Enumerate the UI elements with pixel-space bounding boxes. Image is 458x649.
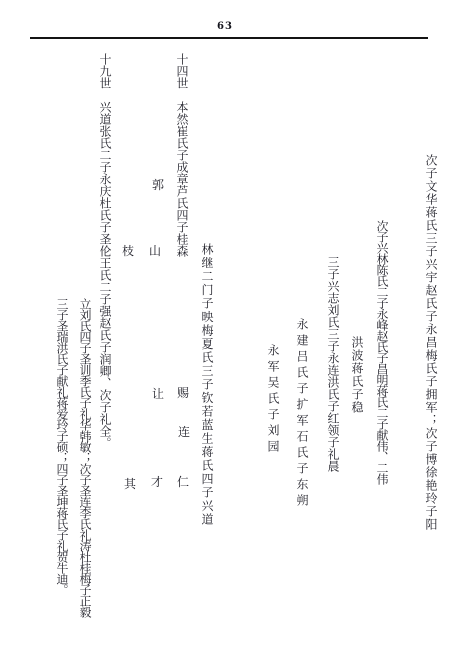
genealogy-char-shan: 山	[148, 244, 162, 258]
genealogy-page: 63 次子文华蒋氏三子兴宇赵氏子永昌梅氏子拥军；次子博徐艳玲子阳次子兴林陈氏二子…	[0, 0, 458, 649]
page-number: 63	[213, 21, 237, 32]
genealogy-char-cai: 才	[150, 475, 164, 489]
genealogy-char-ci: 赐	[176, 386, 190, 400]
genealogy-column-col-1: 次子文华蒋氏三子兴宇赵氏子永昌梅氏子拥军；次子博徐艳玲子阳	[424, 154, 438, 531]
header-rule	[30, 37, 428, 39]
genealogy-column-col-10: 立刘氏四子圣训季氏子礼华韩敏；次子圣连李氏礼涛杜桂梅子正毅	[78, 298, 92, 617]
genealogy-char-lian: 连	[177, 425, 191, 439]
genealogy-column-col-5: 永建吕氏子扩军石氏子东朔	[295, 318, 309, 510]
genealogy-char-rang: 让	[151, 387, 165, 401]
genealogy-column-col-9: 十九世 兴道张氏二子永庆杜氏子圣伦王氏二子强赵氏子润卿、次子礼全。	[98, 53, 112, 449]
genealogy-column-col-7: 林继二门子映梅夏氏三子钦若蓝生蒋氏四子兴道	[200, 243, 214, 527]
genealogy-char-qi: 其	[123, 477, 137, 491]
genealogy-column-col-11: 三子圣瑞洪氏子献礼蒋爱玲子硕；四子圣坤蒋氏子礼贺牛迪。	[55, 298, 69, 595]
genealogy-column-col-3: 洪波蒋氏子稳	[350, 336, 364, 414]
genealogy-column-col-6: 永军吴氏子刘园	[266, 344, 280, 456]
genealogy-column-col-8: 十四世 本然崔氏子成章芦氏四子桂森	[175, 53, 189, 257]
genealogy-column-col-4: 三子兴志刘氏三子永连洪氏子红领子礼晨	[326, 256, 340, 472]
genealogy-column-col-2: 次子兴林陈氏二子永峰赵氏子昌明蒋氏二子献伟、二伟	[375, 220, 389, 484]
genealogy-char-ren: 仁	[176, 475, 190, 489]
genealogy-char-zhi: 枝	[121, 244, 135, 258]
genealogy-char-guo: 郭	[151, 178, 165, 192]
